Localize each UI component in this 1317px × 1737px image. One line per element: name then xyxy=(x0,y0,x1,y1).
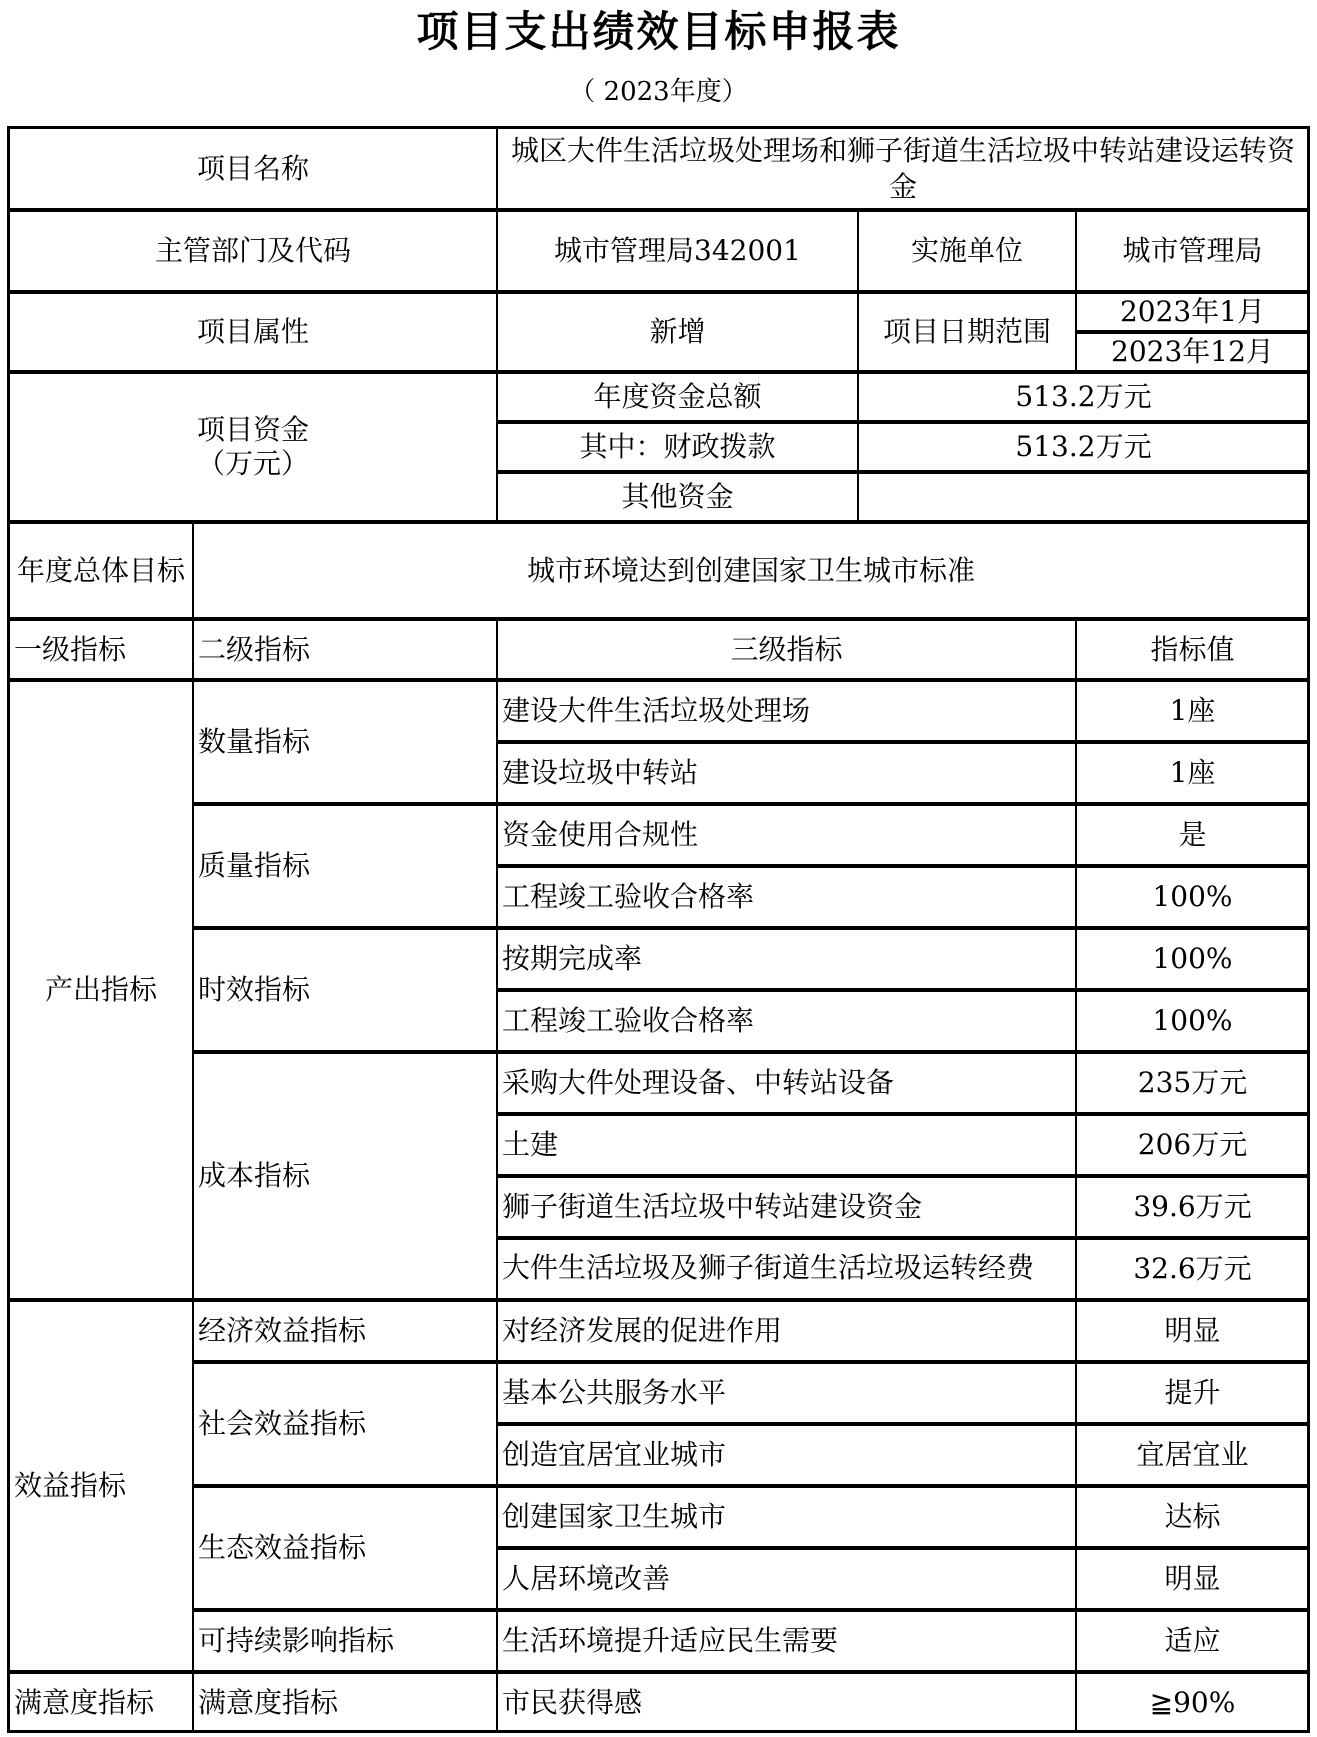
indicator-value: 100% xyxy=(1075,926,1310,990)
impl-label: 实施单位 xyxy=(857,208,1077,292)
indicator-name: 狮子街道生活垃圾中转站建设资金 xyxy=(496,1174,1077,1238)
level1-benefit: 效益指标 xyxy=(8,1298,194,1672)
indicator-name: 创建国家卫生城市 xyxy=(496,1484,1077,1548)
year-subtitle: （ 2023年度） xyxy=(0,72,1317,112)
indicator-value: ≧90% xyxy=(1075,1670,1310,1733)
project-name-label: 项目名称 xyxy=(8,127,498,210)
attr-label: 项目属性 xyxy=(8,290,498,372)
indicator-value: 达标 xyxy=(1075,1484,1310,1548)
indicator-name: 土建 xyxy=(496,1112,1077,1176)
goal-value: 城市环境达到创建国家卫生城市标准 xyxy=(192,520,1310,619)
goal-label-text: 年度总体目标 xyxy=(17,554,185,588)
indicator-value: 是 xyxy=(1075,802,1310,866)
impl-value: 城市管理局 xyxy=(1075,208,1310,292)
date-end: 2023年12月 xyxy=(1075,330,1310,372)
project-name-value: 城区大件生活垃圾处理场和狮子街道生活垃圾中转站建设运转资金 xyxy=(496,127,1310,210)
goal-label: 年度总体目标 xyxy=(8,520,194,619)
indicator-value: 明显 xyxy=(1075,1546,1310,1610)
funds-label: 项目资金 xyxy=(197,413,309,447)
level2-economic: 经济效益指标 xyxy=(192,1298,498,1362)
level2-ecological: 生态效益指标 xyxy=(192,1484,498,1610)
level2-satisfaction: 满意度指标 xyxy=(192,1670,498,1733)
indicator-name: 人居环境改善 xyxy=(496,1546,1077,1610)
level1-output: 产出指标 xyxy=(8,678,194,1300)
fund-fiscal-value: 513.2万元 xyxy=(857,420,1310,472)
fund-fiscal-label: 其中：财政拨款 xyxy=(496,420,859,472)
indicator-value: 100% xyxy=(1075,988,1310,1052)
indicator-value: 39.6万元 xyxy=(1075,1174,1310,1238)
funds-unit: （万元） xyxy=(197,447,309,481)
indicator-name: 工程竣工验收合格率 xyxy=(496,988,1077,1052)
indicator-name: 采购大件处理设备、中转站设备 xyxy=(496,1050,1077,1114)
indicator-name: 创造宜居宜业城市 xyxy=(496,1422,1077,1486)
funds-label-cell: 项目资金 （万元） xyxy=(8,370,498,522)
indicator-name: 市民获得感 xyxy=(496,1670,1077,1733)
date-start: 2023年1月 xyxy=(1075,290,1310,332)
attr-value: 新增 xyxy=(496,290,859,372)
indicator-name: 建设垃圾中转站 xyxy=(496,740,1077,804)
indicator-name: 建设大件生活垃圾处理场 xyxy=(496,678,1077,742)
indicator-value: 提升 xyxy=(1075,1360,1310,1424)
indicator-name: 大件生活垃圾及狮子街道生活垃圾运转经费 xyxy=(496,1236,1077,1300)
indicator-name: 按期完成率 xyxy=(496,926,1077,990)
indicator-value: 32.6万元 xyxy=(1075,1236,1310,1300)
fund-other-value xyxy=(857,470,1310,522)
indicator-value: 适应 xyxy=(1075,1608,1310,1672)
indicator-value: 明显 xyxy=(1075,1298,1310,1362)
header-value: 指标值 xyxy=(1075,617,1310,680)
project-name-text: 城区大件生活垃圾处理场和狮子街道生活垃圾中转站建设运转资金 xyxy=(502,133,1304,205)
indicator-name: 基本公共服务水平 xyxy=(496,1360,1077,1424)
level2-social: 社会效益指标 xyxy=(192,1360,498,1486)
indicator-value: 1座 xyxy=(1075,678,1310,742)
fund-other-label: 其他资金 xyxy=(496,470,859,522)
page-title: 项目支出绩效目标申报表 xyxy=(0,4,1317,60)
indicator-value: 235万元 xyxy=(1075,1050,1310,1114)
level2-cost: 成本指标 xyxy=(192,1050,498,1300)
indicator-value: 100% xyxy=(1075,864,1310,928)
indicator-value: 206万元 xyxy=(1075,1112,1310,1176)
header-level2: 二级指标 xyxy=(192,617,498,680)
level1-satisfaction: 满意度指标 xyxy=(8,1670,194,1733)
header-level1: 一级指标 xyxy=(8,617,194,680)
indicator-name: 资金使用合规性 xyxy=(496,802,1077,866)
header-level3: 三级指标 xyxy=(496,617,1077,680)
indicator-name: 对经济发展的促进作用 xyxy=(496,1298,1077,1362)
indicator-name: 生活环境提升适应民生需要 xyxy=(496,1608,1077,1672)
dept-value: 城市管理局342001 xyxy=(496,208,859,292)
indicator-value: 1座 xyxy=(1075,740,1310,804)
fund-total-value: 513.2万元 xyxy=(857,370,1310,422)
level2-timeliness: 时效指标 xyxy=(192,926,498,1052)
date-label: 项目日期范围 xyxy=(857,290,1077,372)
dept-label: 主管部门及代码 xyxy=(8,208,498,292)
level2-sustainable: 可持续影响指标 xyxy=(192,1608,498,1672)
level2-quality: 质量指标 xyxy=(192,802,498,928)
indicator-value: 宜居宜业 xyxy=(1075,1422,1310,1486)
level2-quantity: 数量指标 xyxy=(192,678,498,804)
indicator-name: 工程竣工验收合格率 xyxy=(496,864,1077,928)
fund-total-label: 年度资金总额 xyxy=(496,370,859,422)
